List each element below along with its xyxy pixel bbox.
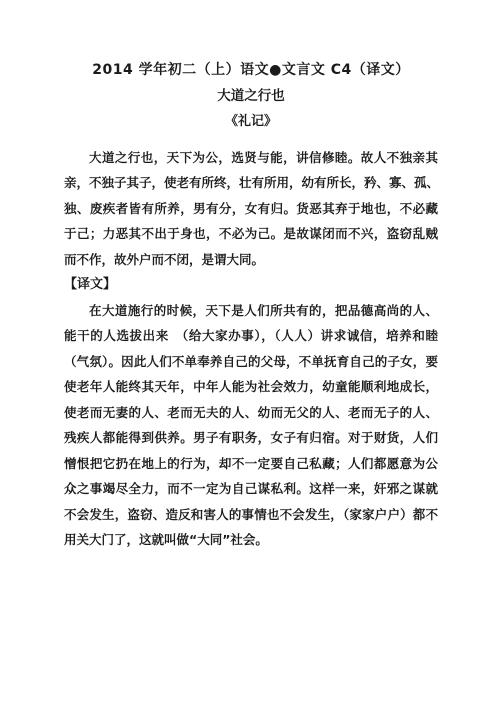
text-line: 独、废疾者皆有所养，男有分，女有归。货恶其弃于地也，不必藏: [64, 196, 438, 222]
text-line: 用关大门了，这就叫做“大同”社会。: [64, 527, 438, 553]
doc-title: 大道之行也: [64, 84, 438, 110]
doc-header-title: 2014 学年初二（上）语文●文言文 C4（译文）: [64, 58, 438, 84]
translation-paragraph: 在大道施行的时候，天下是人们所共有的，把品德高尚的人、能干的人选拔出来 （给大家…: [64, 298, 438, 553]
text-line: 于己；力恶其不出于身也，不必为己。是故谋闭而不兴，盗窃乱贼: [64, 221, 438, 247]
text-line: （气氛）。因此人们不单奉养自己的父母，不单抚育自己的子女，要: [64, 349, 438, 375]
original-text-paragraph: 大道之行也，天下为公，选贤与能，讲信修睦。故人不独亲其亲，不独子其子，使老有所终…: [64, 145, 438, 273]
text-line: 能干的人选拔出来 （给大家办事），（人人）讲求诚信，培养和睦: [64, 323, 438, 349]
text-line: 众之事竭尽全力，而不一定为自己谋私利。这样一来，奸邪之谋就: [64, 476, 438, 502]
text-line: 憎恨把它扔在地上的行为，却不一定要自己私藏；人们都愿意为公: [64, 451, 438, 477]
text-line: 使老年人能终其天年，中年人能为社会效力，幼童能顺利地成长，: [64, 374, 438, 400]
text-line: 不会发生，盗窃、造反和害人的事情也不会发生，（家家户户）都不: [64, 502, 438, 528]
text-line: 而不作，故外户而不闭，是谓大同。: [64, 247, 438, 273]
text-line: 在大道施行的时候，天下是人们所共有的，把品德高尚的人、: [64, 298, 438, 324]
text-line: 残疾人都能得到供养。男子有职务，女子有归宿。对于财货，人们: [64, 425, 438, 451]
text-line: 亲，不独子其子，使老有所终，壮有所用，幼有所长，矜、寡、孤、: [64, 170, 438, 196]
doc-source: 《礼记》: [64, 109, 438, 135]
text-line: 使老而无妻的人、老而无夫的人、幼而无父的人、老而无子的人、: [64, 400, 438, 426]
translation-label: 【译文】: [64, 272, 438, 298]
document-page: 2014 学年初二（上）语文●文言文 C4（译文） 大道之行也 《礼记》 大道之…: [0, 0, 500, 708]
text-line: 大道之行也，天下为公，选贤与能，讲信修睦。故人不独亲其: [64, 145, 438, 171]
